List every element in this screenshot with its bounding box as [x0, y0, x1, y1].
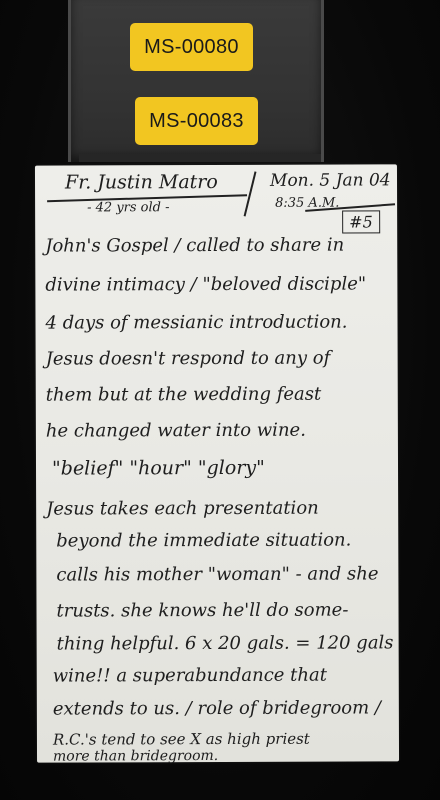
- note-line-12: thing helpful. 6 x 20 gals. = 120 gals: [57, 634, 394, 653]
- note-line-10: calls his mother "woman" - and she: [56, 565, 378, 584]
- header-name: Fr. Justin Matro: [65, 173, 218, 193]
- handwritten-note-card: Fr. Justin Matro - 42 yrs old - Mon. 5 J…: [35, 164, 399, 762]
- note-line-5: them but at the wedding feast: [46, 386, 322, 405]
- note-line-9: beyond the immediate situation.: [56, 532, 351, 551]
- ms-label-top: MS-00080: [130, 23, 253, 71]
- note-line-6: he changed water into wine.: [46, 422, 306, 441]
- note-line-7: "belief" "hour" "glory": [52, 459, 265, 479]
- note-line-2: divine intimacy / "beloved disciple": [45, 275, 366, 294]
- note-line-14: extends to us. / role of bridegroom /: [53, 699, 381, 718]
- note-line-13: wine!! a superabundance that: [53, 667, 327, 686]
- note-line-8: Jesus takes each presentation: [46, 500, 319, 519]
- header-age: - 42 yrs old -: [87, 201, 169, 214]
- card-number-box: #5: [342, 210, 380, 233]
- header-date: Mon. 5 Jan 04: [270, 172, 391, 189]
- note-line-15: R.C.'s tend to see X as high priest: [53, 732, 310, 748]
- ms-label-bottom: MS-00083: [135, 97, 258, 145]
- note-line-16: more than bridegroom.: [53, 749, 218, 764]
- note-line-11: trusts. she knows he'll do some-: [56, 602, 348, 621]
- note-line-1: John's Gospel / called to share in: [45, 237, 344, 256]
- note-line-3: 4 days of messianic introduction.: [45, 314, 347, 333]
- note-line-4: Jesus doesn't respond to any of: [46, 350, 331, 369]
